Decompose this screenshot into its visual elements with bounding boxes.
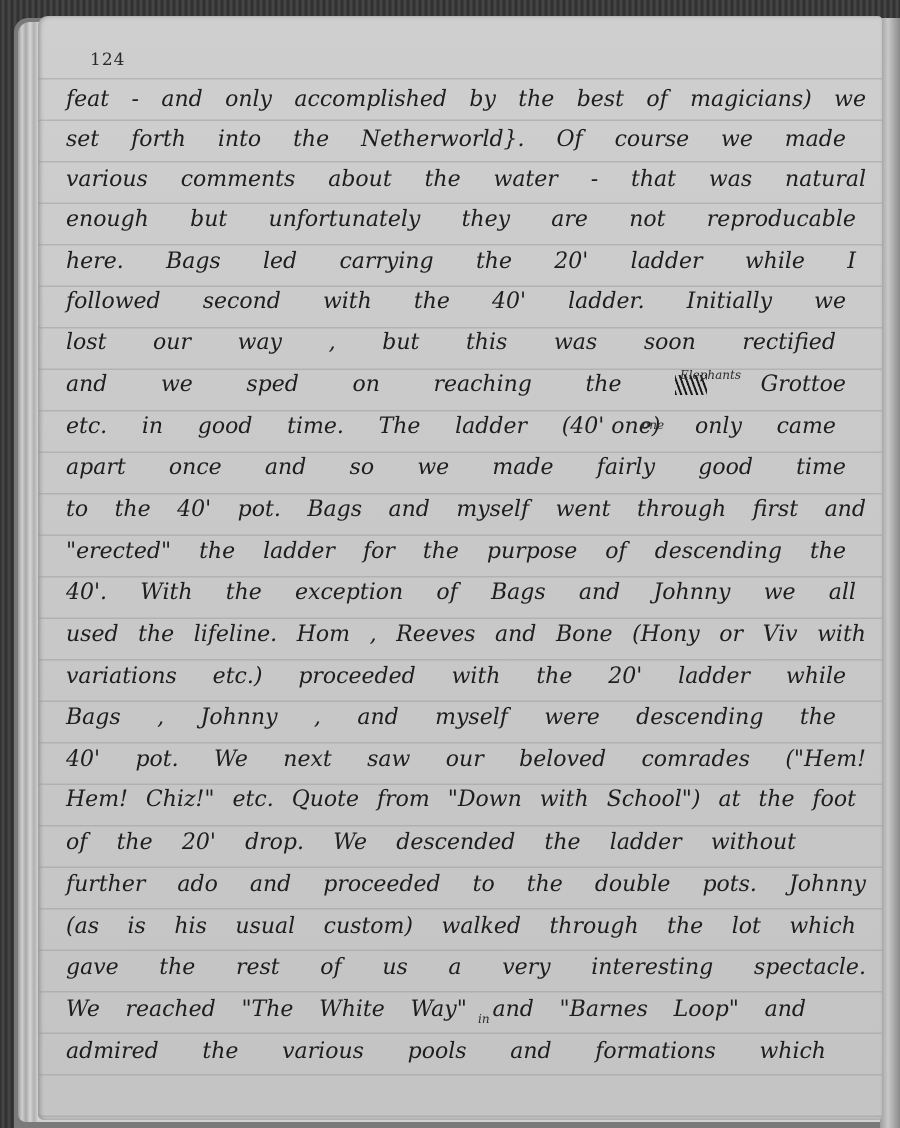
handwritten-word: the [667, 914, 703, 939]
handwritten-word: 20' [554, 249, 588, 274]
handwritten-word: comrades [641, 747, 749, 772]
handwritten-word: we [834, 87, 866, 112]
handwritten-word: only [225, 87, 272, 112]
insertion-in: in [478, 1012, 490, 1026]
handwritten-word: interesting [591, 955, 713, 980]
handwritten-word: our [153, 330, 191, 355]
handwritten-word: and [389, 497, 430, 522]
handwritten-word: unfortunately [268, 207, 420, 232]
handwritten-word: our [446, 747, 484, 772]
handwritten-word: of [66, 830, 87, 855]
handwritten-word: water [493, 167, 557, 192]
handwritten-word: myself [456, 497, 529, 522]
handwritten-word: without [711, 830, 796, 855]
handwritten-word: drop. [245, 830, 304, 855]
handwritten-word: in [142, 414, 163, 439]
handwritten-line: apartonceandsowemadefairlygoodtime [66, 442, 846, 480]
handwritten-word: with [540, 787, 589, 812]
handwritten-word: the [117, 830, 153, 855]
handwritten-word: Hem! [66, 787, 128, 812]
handwritten-word: we [417, 455, 449, 480]
handwritten-word: proceeded [323, 872, 440, 897]
handwritten-word: next [283, 747, 331, 772]
handwritten-word: pots. [702, 872, 756, 897]
handwritten-word: us [382, 955, 407, 980]
handwritten-word: course [615, 127, 690, 152]
handwritten-word: we [161, 372, 193, 397]
handwritten-word: Viv [763, 622, 798, 647]
handwritten-word: of [436, 580, 457, 605]
handwritten-word: gave [66, 955, 119, 980]
handwritten-line: "erected"theladderforthepurposeofdescend… [66, 526, 846, 564]
handwritten-word: and [265, 455, 306, 480]
handwritten-word: School") [607, 787, 701, 812]
handwritten-word: We [333, 830, 367, 855]
handwritten-line: enoughbutunfortunatelytheyarenotreproduc… [66, 194, 856, 232]
handwritten-word: his [174, 914, 207, 939]
handwritten-word: White [319, 997, 385, 1022]
page-number: 124 [90, 50, 125, 70]
handwritten-line: 40'.WiththeexceptionofBagsandJohnnyweall [66, 567, 856, 605]
handwritten-word: myself [435, 705, 508, 730]
handwritten-word: good [198, 414, 253, 439]
handwritten-word: rest [236, 955, 280, 980]
handwritten-word: and [493, 997, 534, 1022]
handwritten-word: We [66, 997, 100, 1022]
handwritten-word: , [370, 622, 377, 647]
handwritten-word: - [591, 167, 598, 192]
handwritten-word: but [190, 207, 227, 232]
handwritten-word: for [363, 539, 395, 564]
handwritten-word: the [414, 289, 450, 314]
handwritten-word: soon [644, 330, 696, 355]
handwritten-word: fairly [597, 455, 655, 480]
handwritten-word: natural [785, 167, 866, 192]
handwritten-word: we [814, 289, 846, 314]
handwritten-word: Quote [292, 787, 359, 812]
handwritten-word: Chiz!" [146, 787, 215, 812]
handwritten-word: descending [636, 705, 763, 730]
handwritten-word: of [320, 955, 341, 980]
handwritten-word: at [718, 787, 740, 812]
handwritten-word: is [128, 914, 146, 939]
handwritten-word: 40' [66, 747, 100, 772]
handwritten-word: proceeded [298, 664, 415, 689]
handwritten-word: Netherworld}. [361, 127, 525, 152]
handwritten-word: usual [235, 914, 295, 939]
handwritten-word: first [753, 497, 798, 522]
handwritten-word: Initially [687, 289, 772, 314]
handwritten-word: second [203, 289, 281, 314]
handwritten-word: formations [595, 1039, 715, 1064]
handwritten-word: and [510, 1039, 551, 1064]
handwritten-word: sped [246, 372, 298, 397]
handwritten-word: the [585, 372, 621, 397]
handwritten-line: gavetherestofusaveryinterestingspectacle… [66, 942, 866, 980]
handwritten-word: reached [126, 997, 216, 1022]
handwritten-word: admired [66, 1039, 159, 1064]
handwritten-word: further [66, 872, 145, 897]
handwritten-word: followed [66, 289, 161, 314]
handwritten-line: lostourway,butthiswassoonrectified [66, 317, 836, 355]
handwritten-word: (as [66, 914, 99, 939]
handwritten-word: etc. [233, 787, 274, 812]
handwritten-word: Johnny [201, 705, 278, 730]
handwritten-word: very [502, 955, 550, 980]
handwritten-word: the [226, 580, 262, 605]
handwritten-word: of [605, 539, 626, 564]
handwritten-word: walked [442, 914, 521, 939]
handwritten-word: exception [295, 580, 403, 605]
handwritten-word: used [66, 622, 119, 647]
handwritten-word: forth [131, 127, 186, 152]
handwritten-word: feat [66, 87, 109, 112]
handwritten-word: , [314, 705, 321, 730]
handwritten-word: ladder [631, 249, 703, 274]
handwritten-word: With [140, 580, 192, 605]
handwritten-word: Of [556, 127, 582, 152]
handwritten-line: Hem!Chiz!"etc.Quotefrom"DownwithSchool")… [66, 774, 856, 812]
handwritten-word: into [218, 127, 261, 152]
handwritten-word: ladder [678, 664, 750, 689]
handwritten-word: "The [241, 997, 293, 1022]
handwritten-word: apart [66, 455, 126, 480]
handwritten-line: variouscommentsaboutthewater-thatwasnatu… [66, 154, 866, 192]
handwritten-word: , [329, 330, 336, 355]
handwritten-word: purpose [487, 539, 577, 564]
handwritten-word: the [138, 622, 174, 647]
handwritten-word: Loop" [674, 997, 739, 1022]
handwritten-line: variationsetc.)proceededwiththe20'ladder… [66, 651, 846, 689]
handwritten-word: here. [66, 249, 124, 274]
handwritten-word: the [800, 705, 836, 730]
handwritten-word: all [829, 580, 856, 605]
handwritten-word: the [423, 539, 459, 564]
handwritten-word: lost [66, 330, 106, 355]
handwritten-line: (asishisusualcustom)walkedthroughthelotw… [66, 901, 856, 939]
handwritten-line: admiredthevariouspoolsandformationswhich [66, 1026, 826, 1064]
handwritten-line: 40'pot.Wenextsawourbelovedcomrades("Hem! [66, 734, 866, 772]
handwritten-word: and [161, 87, 202, 112]
handwritten-word: Bags [491, 580, 546, 605]
handwritten-word: ("Hem! [785, 747, 866, 772]
handwritten-word: "erected" [66, 539, 171, 564]
handwritten-word: the [758, 787, 794, 812]
handwritten-word: made [785, 127, 846, 152]
handwritten-word: with [817, 622, 866, 647]
handwritten-line: followedsecondwiththe40'ladder.Initially… [66, 276, 846, 314]
handwritten-word: ladder [610, 830, 682, 855]
handwritten-word: 20' [182, 830, 216, 855]
handwritten-word: variations [66, 664, 177, 689]
handwritten-word: I [847, 249, 856, 274]
handwritten-word: about [328, 167, 391, 192]
handwritten-word: Way" [410, 997, 466, 1022]
handwritten-word: Bone [556, 622, 613, 647]
handwritten-word: best [577, 87, 624, 112]
handwritten-word: through [549, 914, 638, 939]
handwritten-word: once [169, 455, 222, 480]
handwritten-word: descending [655, 539, 782, 564]
handwritten-word: good [698, 455, 753, 480]
handwritten-word: but [382, 330, 419, 355]
handwritten-word: Hom [297, 622, 350, 647]
handwritten-word: Reeves [396, 622, 475, 647]
handwritten-word: We [214, 747, 248, 772]
handwritten-word: while [745, 249, 805, 274]
handwritten-word: the [545, 830, 581, 855]
handwritten-word: etc.) [213, 664, 263, 689]
handwritten-word: the [199, 539, 235, 564]
handwritten-word: "Barnes [560, 997, 648, 1022]
handwritten-word: from [377, 787, 430, 812]
handwritten-word: and [495, 622, 536, 647]
handwritten-word: set [66, 127, 99, 152]
handwritten-word: Bags [66, 705, 121, 730]
handwritten-word: only [695, 414, 742, 439]
handwritten-word: "Down [448, 787, 522, 812]
handwritten-word: enough [66, 207, 149, 232]
handwritten-word: the [425, 167, 461, 192]
handwritten-word: which [759, 1039, 826, 1064]
handwritten-word: (Hony [632, 622, 700, 647]
handwritten-word: The [379, 414, 421, 439]
handwritten-word: the [810, 539, 846, 564]
handwritten-word: with [323, 289, 372, 314]
handwritten-word: on [352, 372, 379, 397]
handwritten-word: Johnny [653, 580, 730, 605]
handwritten-line: etc.ingoodtime.Theladder(40' one)onlycam… [66, 401, 836, 439]
insertion-one: one [642, 418, 664, 432]
handwritten-word: the [202, 1039, 238, 1064]
handwritten-word: Bags [307, 497, 362, 522]
handwritten-word: reproducable [707, 207, 856, 232]
handwritten-word: the [536, 664, 572, 689]
handwritten-word: rectified [742, 330, 836, 355]
handwritten-word: and [250, 872, 291, 897]
handwritten-word: accomplished [294, 87, 447, 112]
handwritten-word: etc. [66, 414, 107, 439]
handwritten-word: , [157, 705, 164, 730]
handwritten-word: 40' [177, 497, 211, 522]
handwritten-word: spectacle. [754, 955, 866, 980]
handwritten-word: led [263, 249, 297, 274]
handwritten-line: feat-andonlyaccomplishedbythebestofmagic… [66, 74, 866, 112]
handwritten-word: ladder [455, 414, 527, 439]
handwritten-word: the [476, 249, 512, 274]
handwritten-word: saw [367, 747, 410, 772]
handwritten-line: Wereached"TheWhiteWay"and"BarnesLoop"and [66, 984, 806, 1022]
facing-page-edge [880, 18, 900, 1128]
handwritten-word: the [527, 872, 563, 897]
handwritten-word: and [357, 705, 398, 730]
handwritten-word: carrying [339, 249, 433, 274]
handwritten-word: pools [408, 1039, 467, 1064]
handwritten-word: went [556, 497, 611, 522]
handwritten-word: made [492, 455, 553, 480]
handwritten-word: way [238, 330, 282, 355]
handwritten-line: furtheradoandproceededtothedoublepots.Jo… [66, 859, 866, 897]
handwritten-word: 40' [492, 289, 526, 314]
handwritten-word: beloved [519, 747, 606, 772]
handwritten-word: was [709, 167, 752, 192]
handwritten-line: ofthe20'drop.Wedescendedtheladderwithout [66, 817, 796, 855]
handwritten-word: the [159, 955, 195, 980]
handwritten-word: ladder [263, 539, 335, 564]
handwritten-word: time. [287, 414, 344, 439]
handwritten-word: Bags [166, 249, 221, 274]
handwritten-word: foot [812, 787, 855, 812]
handwritten-word: of [646, 87, 667, 112]
handwritten-word: that [631, 167, 676, 192]
handwritten-word: time [796, 455, 846, 480]
insertion-elephants: Elephants [680, 368, 741, 382]
handwritten-word: a [448, 955, 461, 980]
handwritten-word: custom) [324, 914, 413, 939]
handwritten-word: double [595, 872, 671, 897]
handwritten-word: - [132, 87, 139, 112]
handwritten-word: we [764, 580, 796, 605]
handwritten-word: Grottoe [761, 372, 846, 397]
handwritten-word: lifeline. [194, 622, 278, 647]
handwritten-word: so [350, 455, 375, 480]
handwritten-word: magicians) [690, 87, 812, 112]
handwritten-line: setforthintotheNetherworld}.Ofcoursewema… [66, 114, 846, 152]
handwritten-word: and [66, 372, 107, 397]
handwritten-word: reaching [433, 372, 531, 397]
notebook-page: 124 feat-andonlyaccomplishedbythebestofm… [38, 16, 882, 1120]
handwritten-word: and [579, 580, 620, 605]
handwritten-line: here.Bagsledcarryingthe20'ladderwhileI [66, 236, 856, 274]
handwritten-word: ladder. [568, 289, 644, 314]
handwritten-word: various [66, 167, 148, 192]
handwritten-word: various [282, 1039, 364, 1064]
handwritten-word: pot. [135, 747, 178, 772]
handwritten-word: not [629, 207, 665, 232]
handwritten-word: descended [396, 830, 515, 855]
handwritten-word: and [825, 497, 866, 522]
handwritten-line: tothe40'pot.Bagsandmyselfwentthroughfirs… [66, 484, 866, 522]
handwritten-word: the [115, 497, 151, 522]
handwritten-word: came [777, 414, 836, 439]
handwritten-word: with [452, 664, 501, 689]
handwritten-word: 40'. [66, 580, 107, 605]
handwritten-word: to [473, 872, 495, 897]
handwritten-word: through [637, 497, 726, 522]
handwritten-word: are [551, 207, 588, 232]
handwritten-word: while [786, 664, 846, 689]
handwritten-word: ado [177, 872, 217, 897]
handwritten-word: we [721, 127, 753, 152]
handwritten-word: or [719, 622, 743, 647]
handwritten-word: Johnny [789, 872, 866, 897]
handwritten-word: comments [181, 167, 296, 192]
handwritten-word: and [765, 997, 806, 1022]
handwritten-word: to [66, 497, 88, 522]
handwritten-word: this [466, 330, 507, 355]
handwritten-line: usedthelifeline.Hom,ReevesandBone(Honyor… [66, 609, 866, 647]
handwritten-word: was [554, 330, 597, 355]
handwritten-word: the [293, 127, 329, 152]
handwritten-word: they [462, 207, 510, 232]
handwritten-word: 20' [608, 664, 642, 689]
handwritten-word: lot [732, 914, 761, 939]
handwritten-word: by [469, 87, 496, 112]
handwritten-word: pot. [238, 497, 281, 522]
handwritten-line: Bags,Johnny,andmyselfweredescendingthe [66, 692, 836, 730]
handwritten-word: were [544, 705, 599, 730]
handwritten-word: the [518, 87, 554, 112]
handwritten-word: which [789, 914, 856, 939]
